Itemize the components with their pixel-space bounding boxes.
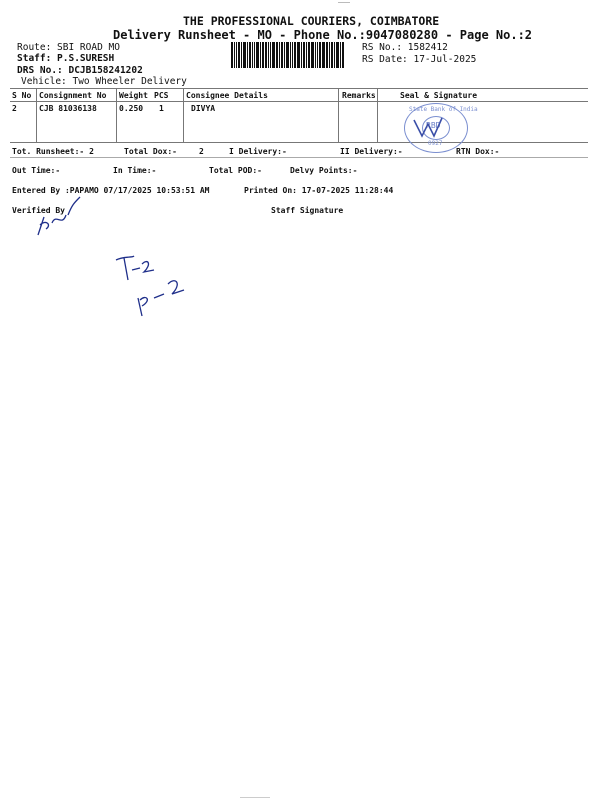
col-header-consignee: Consignee Details	[186, 91, 268, 100]
total-dox-label: Total Dox:-	[124, 147, 177, 156]
verifier-signature	[30, 195, 90, 240]
staff-label: Staff: P.S.SURESH	[17, 53, 114, 64]
tot-runsheet: Tot. Runsheet:- 2	[12, 147, 94, 156]
vehicle-label: Vehicle: Two Wheeler Delivery	[21, 76, 187, 87]
scan-mark	[338, 2, 350, 3]
rs-number: RS No.: 1582412	[362, 42, 448, 53]
company-title: THE PROFESSIONAL COURIERS, COIMBATORE	[183, 14, 439, 28]
i-delivery: I Delivery:-	[229, 147, 287, 156]
cell-weight: 0.250	[119, 104, 143, 113]
cell-consignee: DIVYA	[191, 104, 215, 113]
col-divider	[377, 88, 378, 142]
drs-number: DRS No.: DCJB158241202	[17, 65, 143, 76]
scan-mark	[240, 797, 270, 798]
col-divider	[183, 88, 184, 142]
col-header-remarks: Remarks	[342, 91, 376, 100]
cell-pcs: 1	[159, 104, 164, 113]
handwritten-note	[112, 250, 192, 320]
ii-delivery: II Delivery:-	[340, 147, 403, 156]
col-header-sno: S No	[12, 91, 31, 100]
entered-by: Entered By :PAPAMO 07/17/2025 10:53:51 A…	[12, 186, 209, 195]
staff-signature: Staff Signature	[271, 206, 343, 215]
rs-date: RS Date: 17-Jul-2025	[362, 54, 476, 65]
barcode	[231, 42, 357, 68]
stamp-signature-scribble	[410, 112, 450, 142]
rtn-dox: RTN Dox:-	[456, 147, 499, 156]
cell-sno: 2	[12, 104, 17, 113]
in-time: In Time:-	[113, 166, 156, 175]
col-header-seal: Seal & Signature	[400, 91, 477, 100]
out-time: Out Time:-	[12, 166, 60, 175]
col-divider	[116, 88, 117, 142]
col-header-weight: Weight	[119, 91, 148, 100]
col-header-pcs: PCS	[154, 91, 168, 100]
table-header-border	[10, 101, 588, 102]
table-top-border	[10, 88, 588, 89]
col-divider	[338, 88, 339, 142]
col-divider	[36, 88, 37, 142]
table-bottom-border	[10, 142, 588, 143]
col-header-consignment: Consignment No	[39, 91, 106, 100]
printed-on: Printed On: 17-07-2025 11:28:44	[244, 186, 393, 195]
summary-divider	[10, 157, 588, 158]
cell-consignment-no: CJB 81036138	[39, 104, 97, 113]
total-dox-value: 2	[199, 147, 204, 156]
route-label: Route: SBI ROAD MO	[17, 42, 120, 53]
delvy-points: Delvy Points:-	[290, 166, 357, 175]
total-pod: Total POD:-	[209, 166, 262, 175]
runsheet-subtitle: Delivery Runsheet - MO - Phone No.:90470…	[113, 28, 532, 42]
